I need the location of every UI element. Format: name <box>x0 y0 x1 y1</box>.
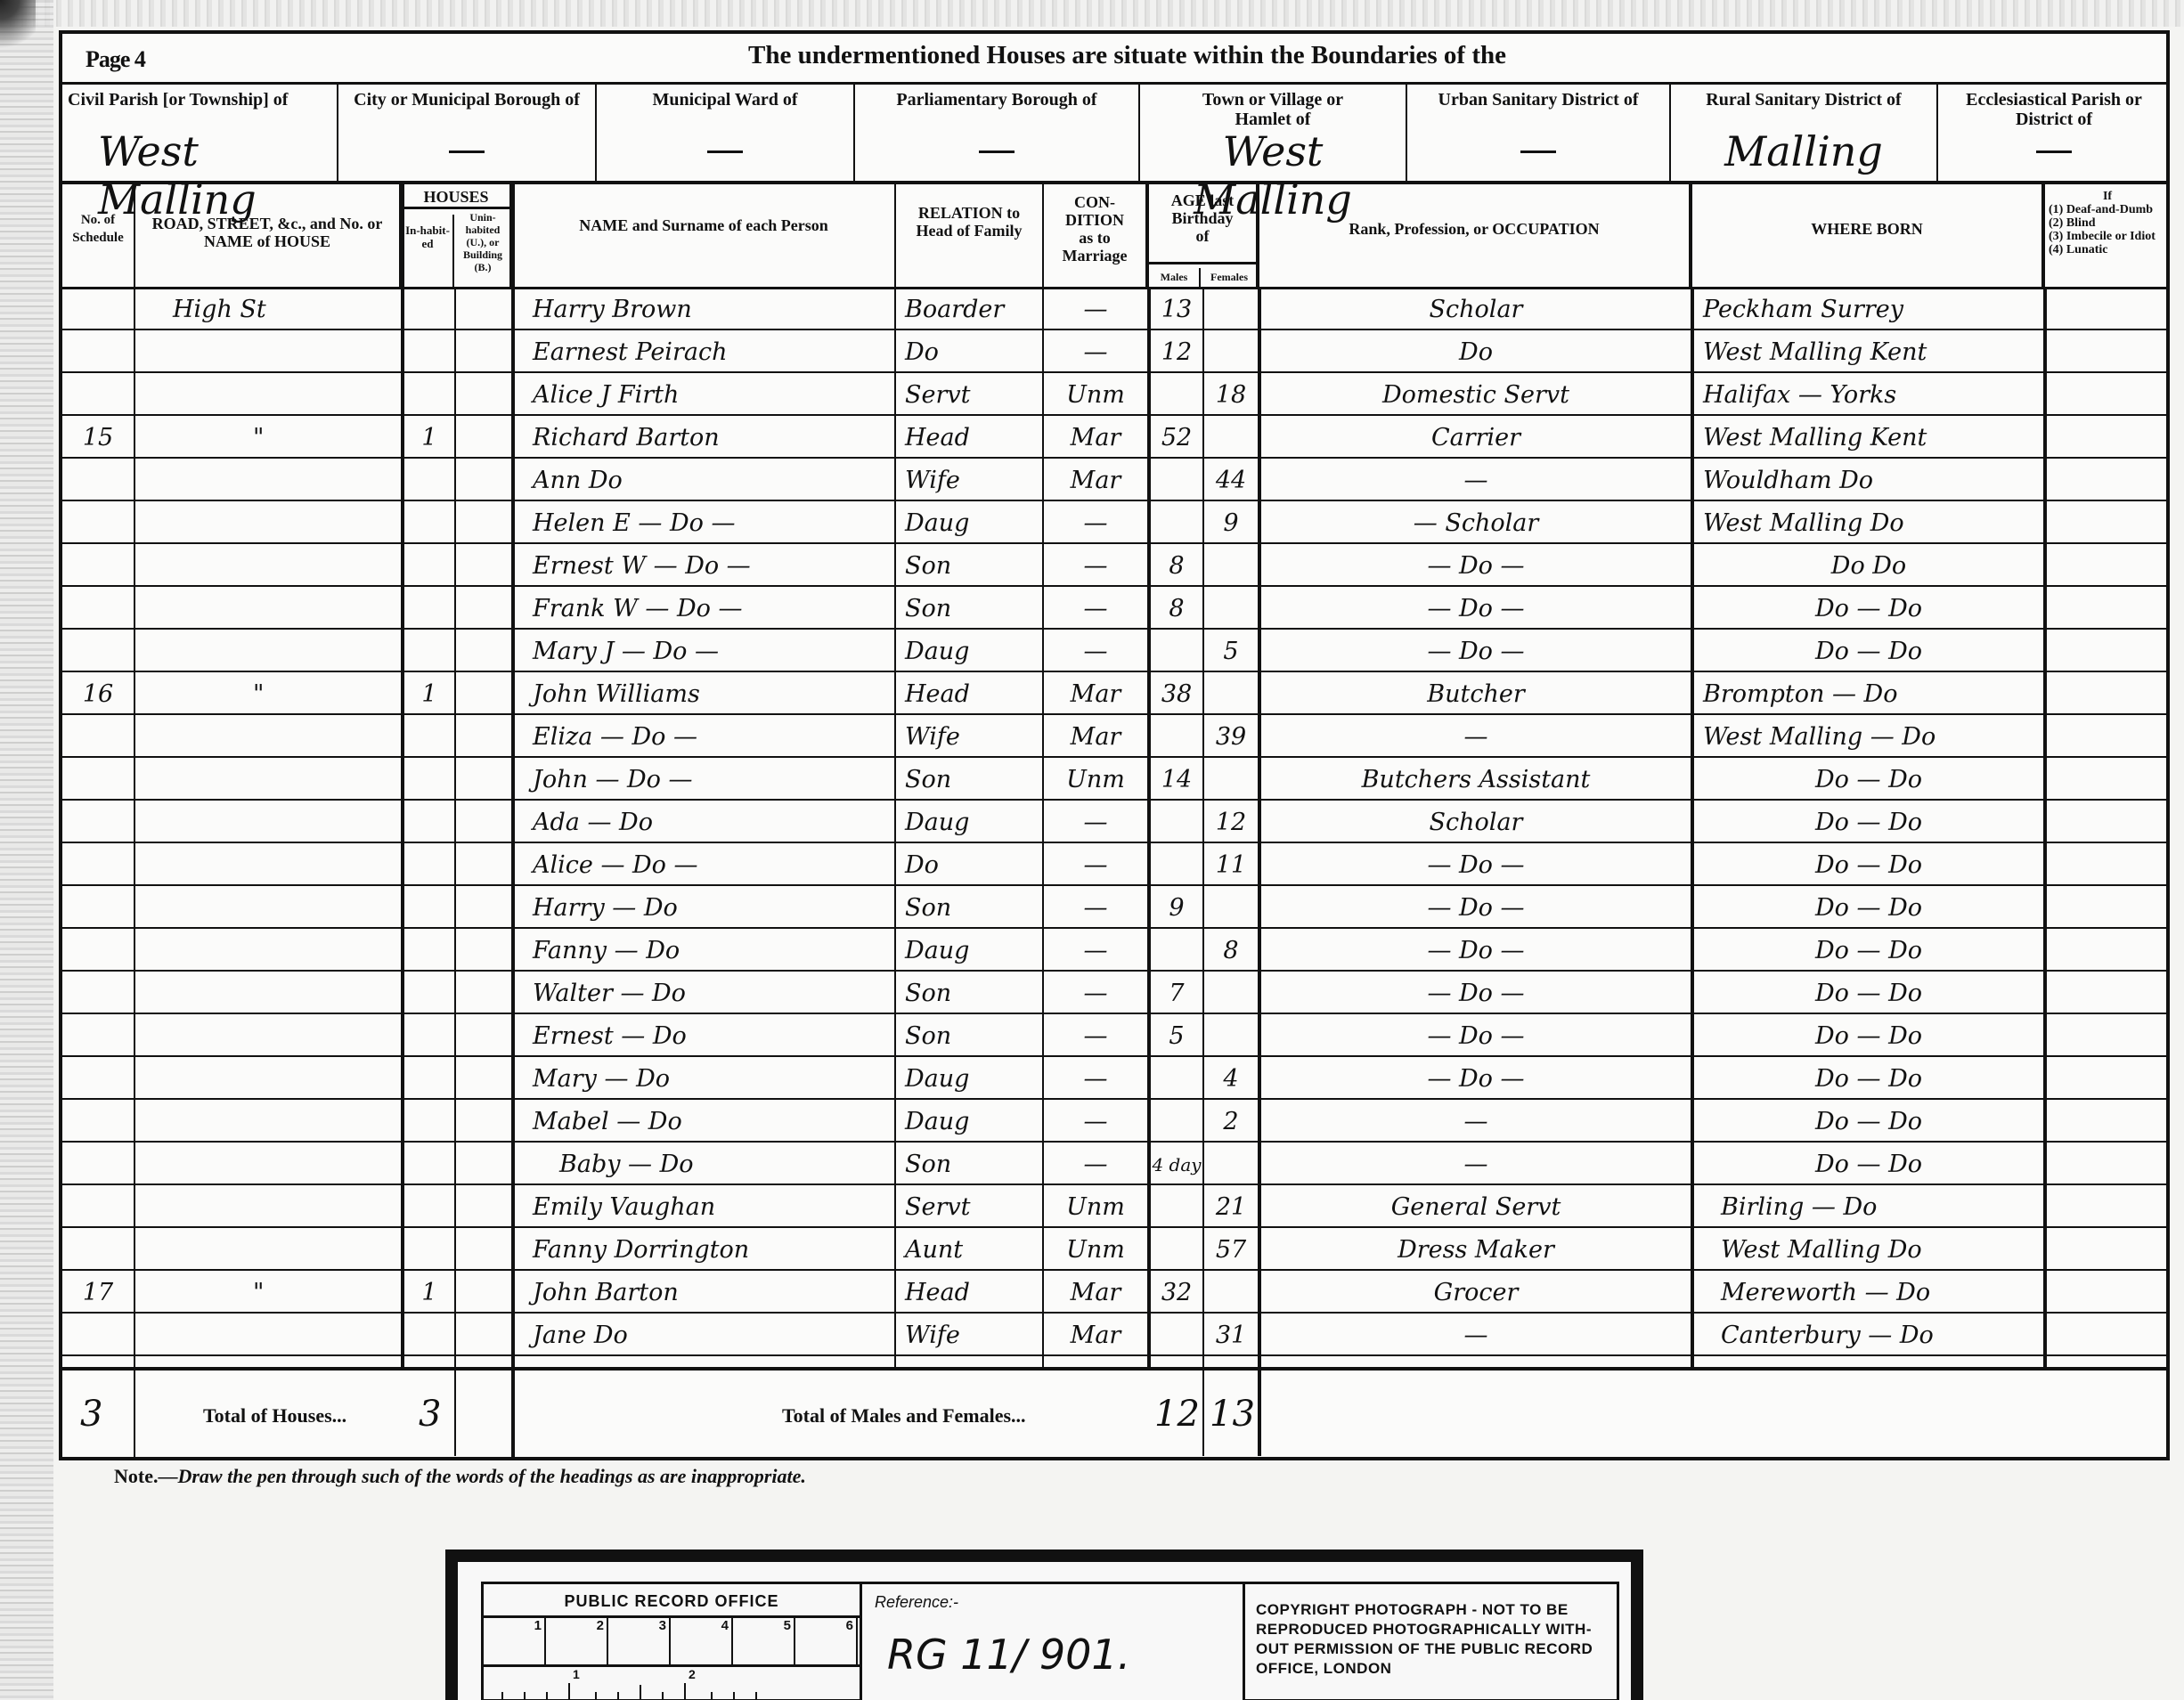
table-row: Ann Do Wife Mar 44 — Wouldham Do <box>62 460 2166 501</box>
reference-label: Reference:- <box>875 1593 958 1612</box>
note-prefix: Note.— <box>114 1465 177 1487</box>
table-row: John — Do — Son Unm 14 Butchers Assistan… <box>62 760 2166 801</box>
boundaries-row: Civil Parish [or Township] of West Malli… <box>62 85 2166 184</box>
table-row: Ernest W — Do — Son — 8 — Do — Do Do <box>62 546 2166 587</box>
table-row: Jane Do Wife Mar 31 — Canterbury — Do <box>62 1315 2166 1356</box>
boundary-town: Town or Village or Hamlet of West Mallin… <box>1140 85 1407 184</box>
table-row: Alice J Firth Servt Unm 18 Domestic Serv… <box>62 375 2166 416</box>
totals-row: 3 Total of Houses... 3 Total of Males an… <box>62 1367 2166 1457</box>
table-row: Frank W — Do — Son — 8 — Do — Do — Do <box>62 589 2166 630</box>
column-headers: No. of Schedule ROAD, STREET, &c., and N… <box>62 184 2166 289</box>
title-row: Page 4 The undermentioned Houses are sit… <box>62 34 2166 85</box>
pro-title: PUBLIC RECORD OFFICE <box>484 1584 860 1618</box>
table-row: Harry — Do Son — 9 — Do — Do — Do <box>62 888 2166 929</box>
table-row: Helen E — Do — Daug — 9 — Scholar West M… <box>62 503 2166 544</box>
table-row: 16 " 1 John Williams Head Mar 38 Butcher… <box>62 674 2166 715</box>
total-houses: 3 <box>419 1394 441 1435</box>
instruction-note: Note.—Draw the pen through such of the w… <box>114 1465 806 1488</box>
empty-dash <box>449 150 485 153</box>
page-number: Page 4 <box>86 46 145 73</box>
header-males: Males <box>1149 268 1201 289</box>
scan-edge-top <box>0 0 2184 27</box>
header-relation: RELATION to Head of Family <box>896 184 1044 289</box>
table-row: 15 " 1 Richard Barton Head Mar 52 Carrie… <box>62 418 2166 459</box>
pro-stamp: PUBLIC RECORD OFFICE 1 2 3 4 5 6 1 2 Ref… <box>445 1550 1643 1700</box>
boundary-city: City or Municipal Borough of <box>338 85 597 184</box>
header-road: ROAD, STREET, &c., and No. or NAME of HO… <box>135 184 403 289</box>
table-row: Mabel — Do Daug — 2 — Do — Do <box>62 1102 2166 1143</box>
boundary-ecclesiastical: Ecclesiastical Parish or District of <box>1938 85 2170 184</box>
reference-value: RG 11/ 901. <box>887 1631 1130 1679</box>
ruler-inches: 1 2 3 4 5 6 <box>484 1618 860 1667</box>
table-row: Walter — Do Son — 7 — Do — Do — Do <box>62 973 2166 1014</box>
table-row: High St Harry Brown Boarder — 13 Scholar… <box>62 289 2166 330</box>
empty-dash <box>707 150 743 153</box>
form-title: The undermentioned Houses are situate wi… <box>748 41 1506 70</box>
total-males: 12 <box>1154 1394 1200 1435</box>
header-age: AGE last Birthday of Males Females <box>1149 184 1259 289</box>
table-row: Fanny Dorrington Aunt Unm 57 Dress Maker… <box>62 1230 2166 1271</box>
empty-dash <box>979 150 1015 153</box>
table-row: 17 " 1 John Barton Head Mar 32 Grocer Me… <box>62 1273 2166 1314</box>
table-row: Emily Vaughan Servt Unm 21 General Servt… <box>62 1187 2166 1228</box>
header-females: Females <box>1202 268 1256 286</box>
reference-box: Reference:- RG 11/ 901. <box>862 1582 1245 1700</box>
table-row: Eliza — Do — Wife Mar 39 — West Malling … <box>62 717 2166 758</box>
boundary-parliamentary: Parliamentary Borough of <box>855 85 1140 184</box>
header-where-born: WHERE BORN <box>1692 184 2045 289</box>
empty-dash <box>1520 150 1556 153</box>
total-persons-label: Total of Males and Females... <box>782 1404 1026 1428</box>
table-row: Baby — Do Son — 4 day — Do — Do <box>62 1144 2166 1185</box>
table-row: Mary — Do Daug — 4 — Do — Do — Do <box>62 1059 2166 1100</box>
header-occupation: Rank, Profession, or OCCUPATION <box>1259 184 1692 289</box>
header-schedule: No. of Schedule <box>62 184 135 289</box>
boundary-ward: Municipal Ward of <box>597 85 855 184</box>
header-condition: CON-DITION as to Marriage <box>1044 184 1149 289</box>
table-row: Alice — Do — Do — 11 — Do — Do — Do <box>62 845 2166 886</box>
scan-edge-left <box>0 0 53 1700</box>
boundary-civil-parish: Civil Parish [or Township] of West Malli… <box>62 85 338 184</box>
table-row: Earnest Peirach Do — 12 Do West Malling … <box>62 332 2166 373</box>
table-row: Mary J — Do — Daug — 5 — Do — Do — Do <box>62 631 2166 672</box>
header-name: NAME and Surname of each Person <box>513 184 896 289</box>
note-text: Draw the pen through such of the words o… <box>177 1465 805 1487</box>
total-schedules: 3 <box>80 1394 102 1435</box>
total-females: 13 <box>1210 1394 1255 1435</box>
empty-dash <box>2036 150 2072 153</box>
table-row: Ernest — Do Son — 5 — Do — Do — Do <box>62 1016 2166 1057</box>
total-houses-label: Total of Houses... <box>203 1404 346 1428</box>
copyright-notice: COPYRIGHT PHOTOGRAPH - NOT TO BE REPRODU… <box>1245 1582 1619 1700</box>
census-form: Page 4 The undermentioned Houses are sit… <box>59 30 2170 1460</box>
ruler-cm: 1 2 <box>484 1667 860 1700</box>
header-uninhabited: Unin-habited (U.), or Building (B.) <box>454 211 511 273</box>
table-row: Ada — Do Daug — 12 Scholar Do — Do <box>62 802 2166 843</box>
table-row: Fanny — Do Daug — 8 — Do — Do — Do <box>62 931 2166 972</box>
boundary-rural-sanitary: Rural Sanitary District of Malling <box>1671 85 1938 184</box>
header-infirmity: If (1) Deaf-and-Dumb (2) Blind (3) Imbec… <box>2045 184 2170 289</box>
boundary-urban-sanitary: Urban Sanitary District of <box>1407 85 1671 184</box>
header-inhabited: In-habit-ed <box>403 215 454 289</box>
scan-corner <box>0 0 36 53</box>
pro-ruler-box: PUBLIC RECORD OFFICE 1 2 3 4 5 6 1 2 <box>481 1582 862 1700</box>
header-houses: HOUSES In-habit-ed Unin-habited (U.), or… <box>403 184 513 289</box>
boundary-value: Malling <box>1671 127 1936 175</box>
